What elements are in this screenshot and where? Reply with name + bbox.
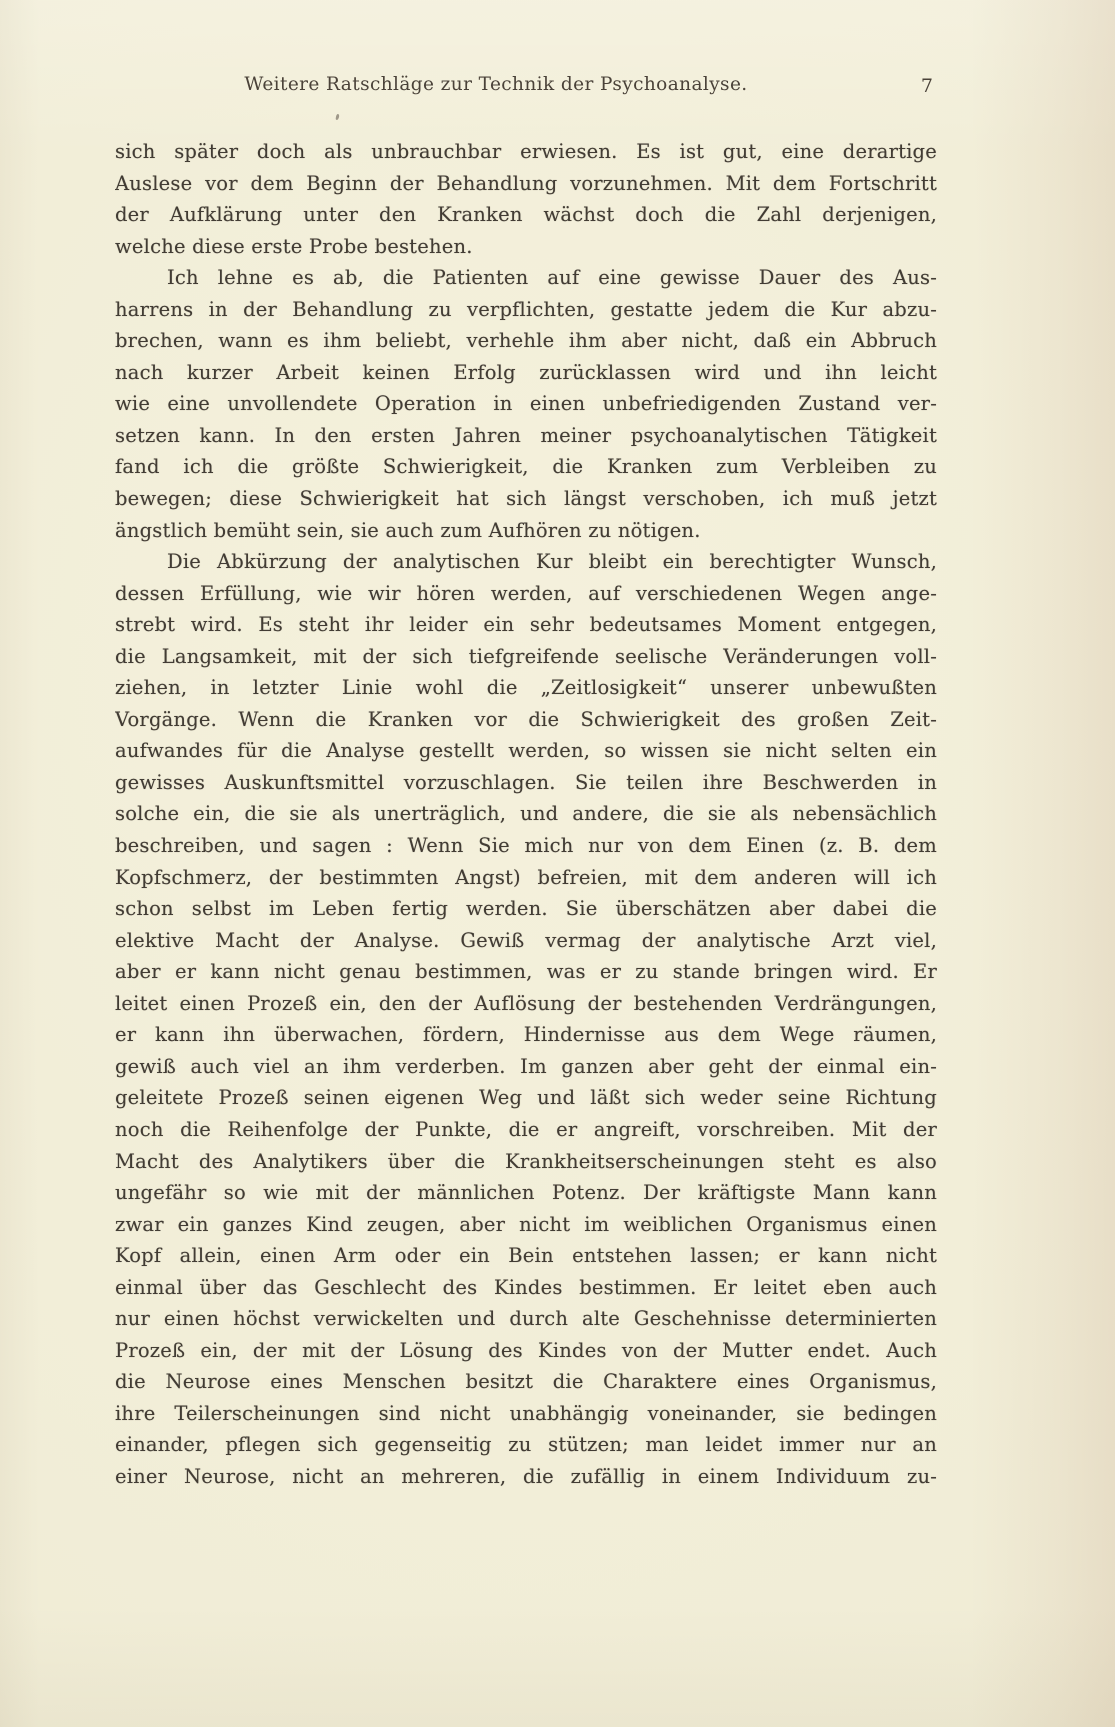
text-line: Macht des Analytikers über die Krankheit… [115, 1146, 937, 1178]
text-line: harrens in der Behandlung zu verpflichte… [115, 294, 937, 326]
text-line: leitet einen Prozeß ein, den der Auflösu… [115, 988, 937, 1020]
text-line: wie eine unvollendete Operation in einen… [115, 388, 937, 420]
text-line: die Neurose eines Menschen besitzt die C… [115, 1366, 937, 1398]
text-line: ihre Teilerscheinungen sind nicht unabhä… [115, 1398, 937, 1430]
text-line: sich später doch als unbrauchbar erwiese… [115, 136, 937, 168]
text-line: setzen kann. In den ersten Jahren meiner… [115, 420, 937, 452]
text-line: Kopf allein, einen Arm oder ein Bein ent… [115, 1240, 937, 1272]
text-line: elektive Macht der Analyse. Gewiß vermag… [115, 925, 937, 957]
text-block: sich später doch als unbrauchbar erwiese… [115, 136, 937, 1493]
text-line: schon selbst im Leben fertig werden. Sie… [115, 893, 937, 925]
text-line: fand ich die größte Schwierigkeit, die K… [115, 451, 937, 483]
text-line: solche ein, die sie als unerträglich, un… [115, 798, 937, 830]
text-line: aufwandes für die Analyse gestellt werde… [115, 735, 937, 767]
ink-speck [335, 114, 339, 120]
text-line: dessen Erfüllung, wie wir hören werden, … [115, 578, 937, 610]
text-line: der Aufklärung unter den Kranken wächst … [115, 199, 937, 231]
book-page-scan: Weitere Ratschläge zur Technik der Psych… [0, 0, 1115, 1727]
text-line: welche diese erste Probe bestehen. [115, 231, 937, 263]
text-line: ungefähr so wie mit der männlichen Poten… [115, 1177, 937, 1209]
text-line: zwar ein ganzes Kind zeugen, aber nicht … [115, 1209, 937, 1241]
text-line: ängstlich bemüht sein, sie auch zum Aufh… [115, 515, 937, 547]
text-line: beschreiben, und sagen : Wenn Sie mich n… [115, 830, 937, 862]
text-line: Ich lehne es ab, die Patienten auf eine … [115, 262, 937, 294]
text-line: strebt wird. Es steht ihr leider ein seh… [115, 609, 937, 641]
page-number: 7 [921, 75, 933, 97]
text-line: Vorgänge. Wenn die Kranken vor die Schwi… [115, 704, 937, 736]
text-line: einer Neurose, nicht an mehreren, die zu… [115, 1461, 937, 1493]
text-line: noch die Reihenfolge der Punkte, die er … [115, 1114, 937, 1146]
text-line: gewiß auch viel an ihm verderben. Im gan… [115, 1051, 937, 1083]
text-line: Die Abkürzung der analytischen Kur bleib… [115, 546, 937, 578]
text-line: Auslese vor dem Beginn der Behandlung vo… [115, 168, 937, 200]
text-line: Prozeß ein, der mit der Lösung des Kinde… [115, 1335, 937, 1367]
text-line: er kann ihn überwachen, fördern, Hindern… [115, 1019, 937, 1051]
text-line: ziehen, in letzter Linie wohl die „Zeitl… [115, 672, 937, 704]
running-head-title: Weitere Ratschläge zur Technik der Psych… [115, 74, 877, 95]
text-line: geleitete Prozeß seinen eigenen Weg und … [115, 1082, 937, 1114]
text-line: nur einen höchst verwickelten und durch … [115, 1303, 937, 1335]
text-line: nach kurzer Arbeit keinen Erfolg zurückl… [115, 357, 937, 389]
text-line: einander, pflegen sich gegenseitig zu st… [115, 1429, 937, 1461]
text-line: Kopfschmerz, der bestimmten Angst) befre… [115, 862, 937, 894]
text-line: die Langsamkeit, mit der sich tiefgreife… [115, 641, 937, 673]
text-line: einmal über das Geschlecht des Kindes be… [115, 1272, 937, 1304]
text-line: brechen, wann es ihm beliebt, verhehle i… [115, 325, 937, 357]
text-line: aber er kann nicht genau bestimmen, was … [115, 956, 937, 988]
running-head: Weitere Ratschläge zur Technik der Psych… [115, 74, 937, 104]
text-line: gewisses Auskunftsmittel vorzuschlagen. … [115, 767, 937, 799]
text-line: bewegen; diese Schwierigkeit hat sich lä… [115, 483, 937, 515]
